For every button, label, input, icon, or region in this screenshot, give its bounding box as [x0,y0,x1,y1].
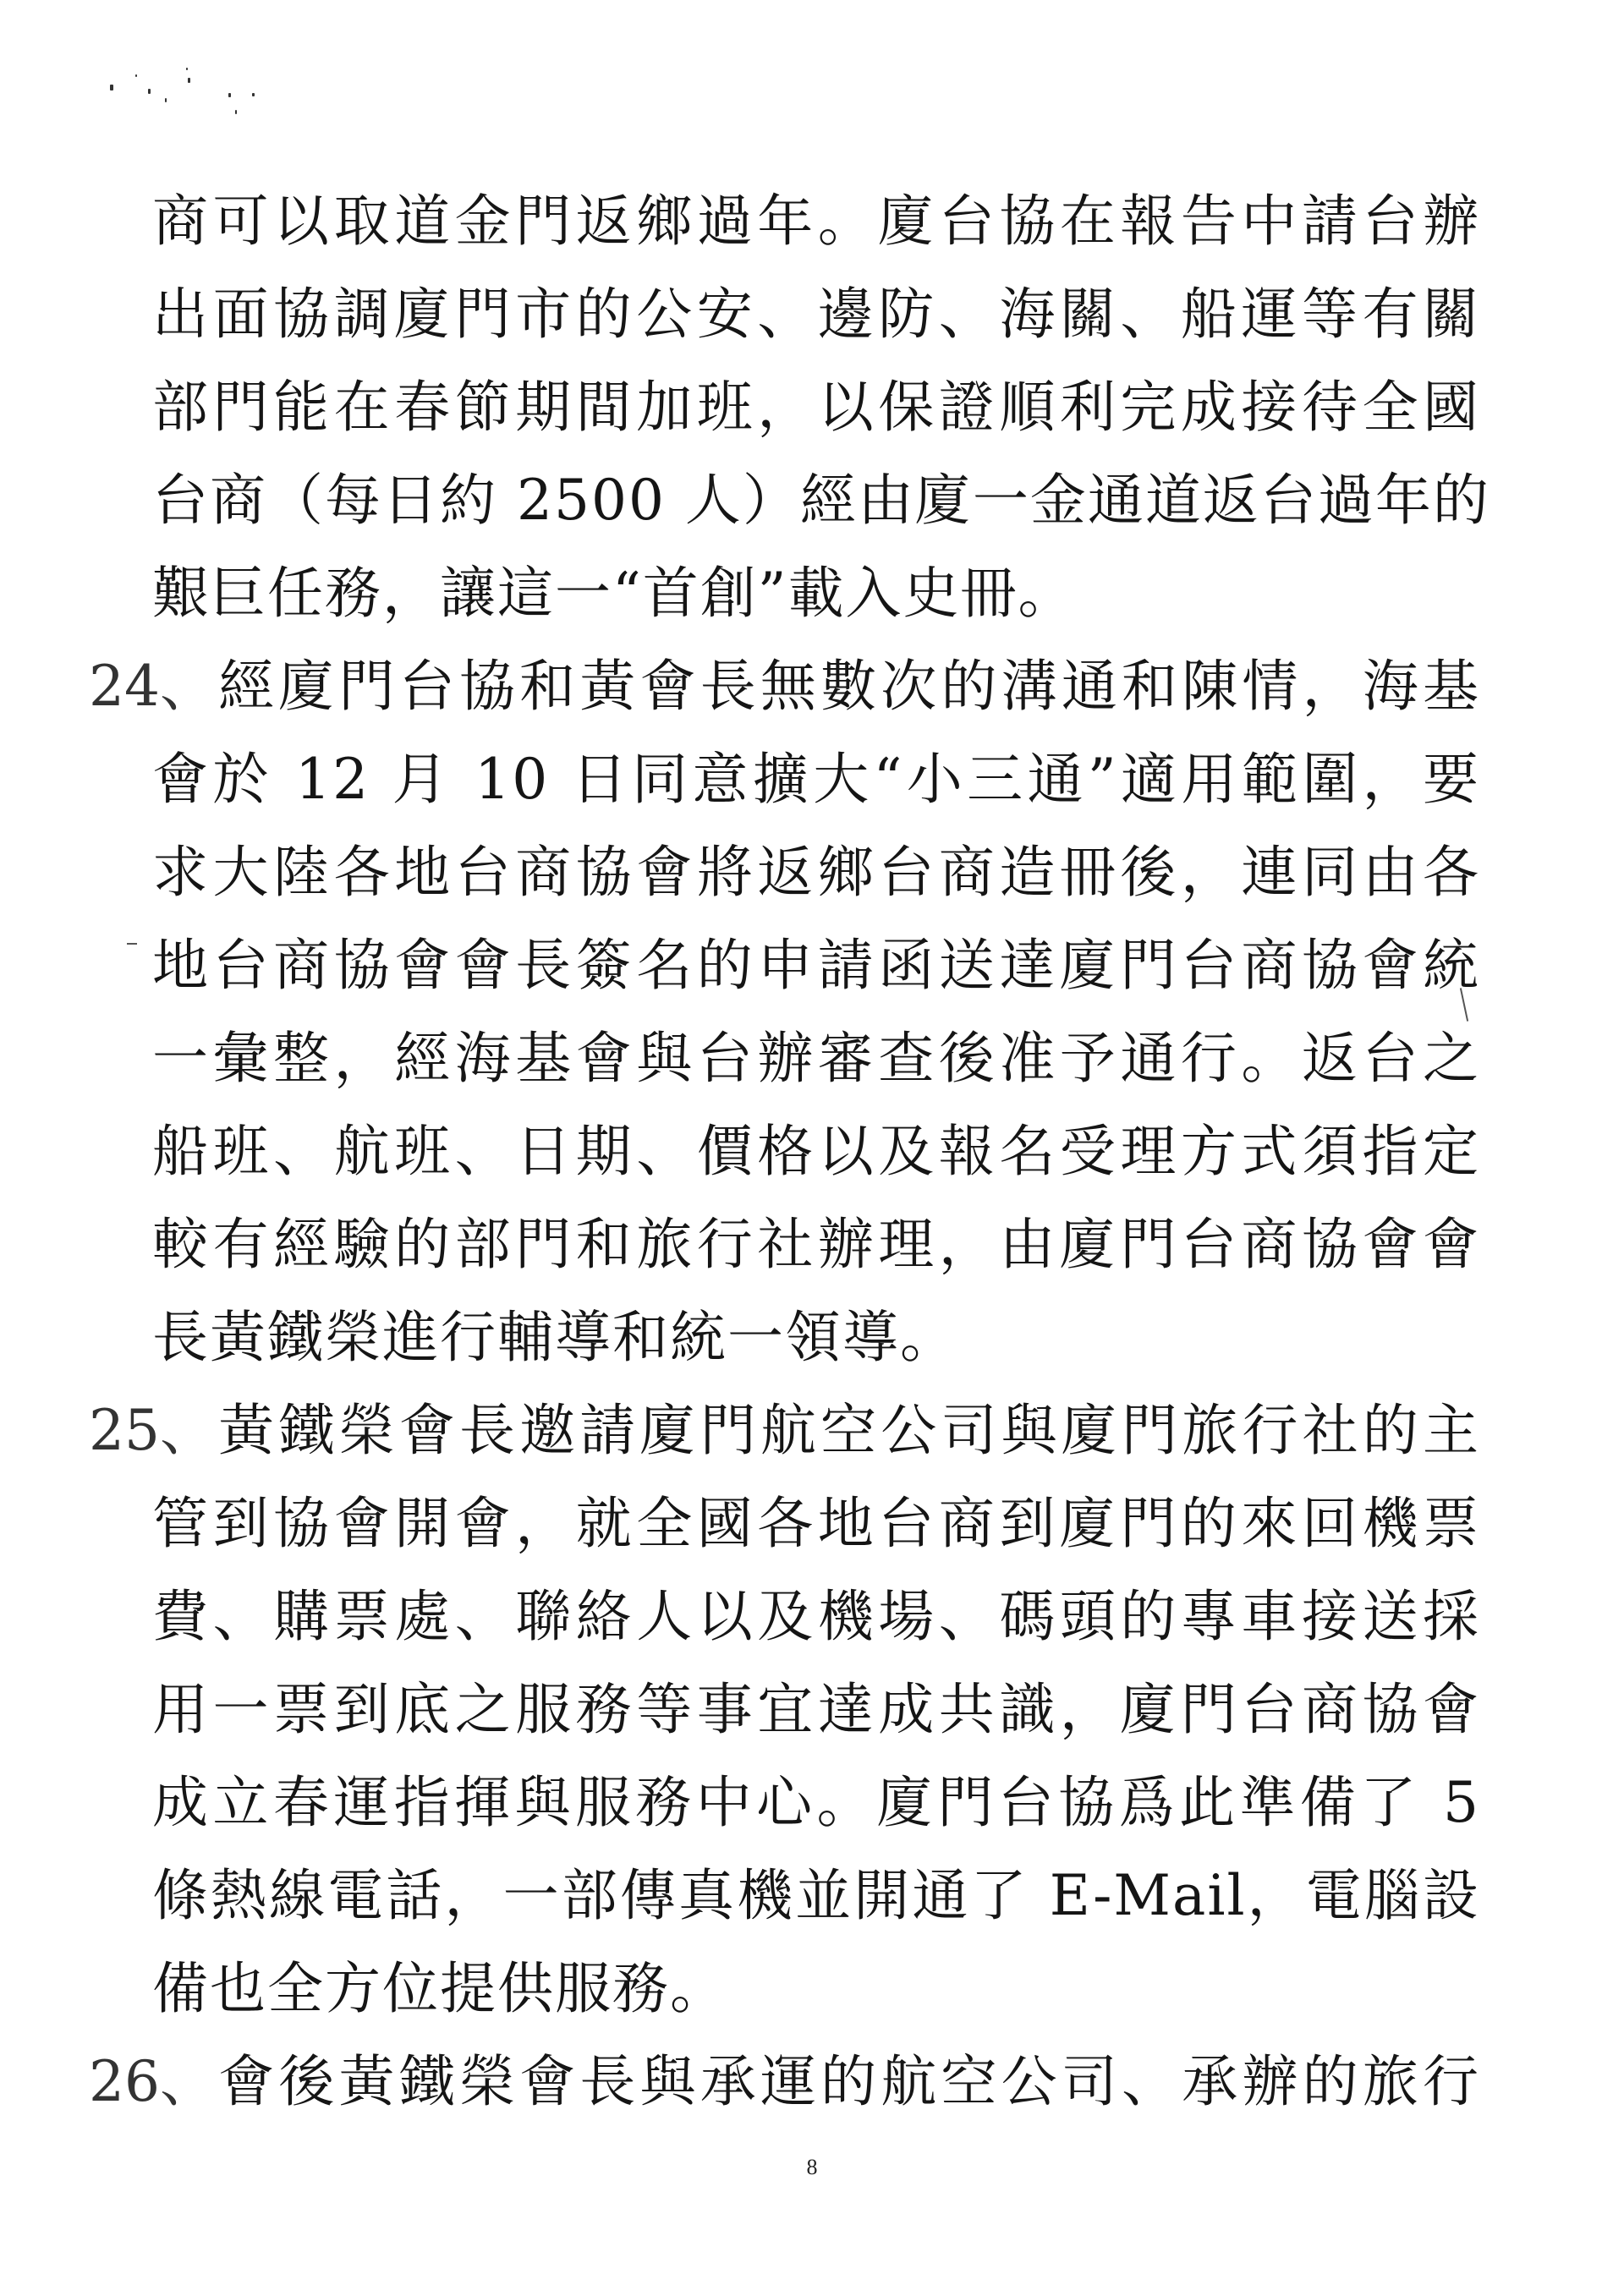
line-text: 台商（每日約 2500 人）經由廈一金通道返台過年的 [152,468,1490,533]
line-text: 管到協會開會，就全國各地台商到廈門的來回機票 [152,1491,1480,1556]
line-text: 一彙整，經海基會與台辦審查後准予通行。返台之 [152,1026,1480,1091]
line-text: 條熱線電話，一部傳真機並開通了 E-Mail，電腦設 [152,1863,1480,1928]
text-line: 一彙整，經海基會與台辦審查後准予通行。返台之 [152,1025,1480,1093]
line-text: 費、購票處、聯絡人以及機場、碼頭的專車接送採 [152,1584,1480,1649]
line-text: 艱巨任務，讓這一“首創”載入史冊。 [152,561,1075,626]
text-line: 費、購票處、聯絡人以及機場、碼頭的專車接送採 [152,1583,1480,1651]
line-text: 求大陸各地台商協會將返鄉台商造冊後，連同由各 [152,840,1480,905]
line-text: 用一票到底之服務等事宜達成共識，廈門台商協會 [152,1677,1480,1742]
text-line: 船班、航班、日期、價格以及報名受理方式須指定 [152,1118,1480,1186]
line-text: 較有經驗的部門和旅行社辦理，由廈門台商協會會 [152,1212,1480,1277]
line-text: 商可以取道金門返鄉過年。廈台協在報告中請台辦 [152,189,1480,254]
scan-artifact-mark [127,943,137,945]
numbered-item-line: 26、會後黃鐵榮會長與承運的航空公司、承辦的旅行 [89,2048,1480,2116]
text-line: 地台商協會會長簽名的申請函送達廈門台商協會統 [152,932,1480,1000]
text-line: 用一票到底之服務等事宜達成共識，廈門台商協會 [152,1676,1480,1744]
text-line: 較有經驗的部門和旅行社辦理，由廈門台商協會會 [152,1211,1480,1279]
line-text: 黃鐵榮會長邀請廈門航空公司與廈門旅行社的主 [216,1398,1480,1463]
numbered-item-line: 25、黃鐵榮會長邀請廈門航空公司與廈門旅行社的主 [89,1397,1480,1465]
line-text: 會後黃鐵榮會長與承運的航空公司、承辦的旅行 [216,2049,1480,2114]
item-number: 25、 [89,1397,216,1465]
item-number: 24、 [89,653,216,721]
item-number: 26、 [89,2048,216,2116]
scanned-document-page: 商可以取道金門返鄉過年。廈台協在報告中請台辦出面協調廈門市的公安、邊防、海關、船… [0,0,1624,2296]
text-line: 求大陸各地台商協會將返鄉台商造冊後，連同由各 [152,839,1480,907]
line-text: 備也全方位提供服務。 [152,1956,727,2021]
numbered-item-line: 24、經廈門台協和黃會長無數次的溝通和陳情，海基 [89,653,1480,721]
line-text: 部門能在春節期間加班，以保證順利完成接待全國 [152,375,1480,440]
text-line: 出面協調廈門市的公安、邊防、海關、船運等有關 [152,281,1480,348]
line-text: 經廈門台協和黃會長無數次的溝通和陳情，海基 [216,654,1480,719]
line-text: 成立春運指揮與服務中心。廈門台協爲此準備了 5 [152,1770,1480,1835]
text-line: 會於 12 月 10 日同意擴大“小三通”適用範圍，要 [152,746,1480,814]
text-line: 成立春運指揮與服務中心。廈門台協爲此準備了 5 [152,1769,1480,1837]
text-line: 管到協會開會，就全國各地台商到廈門的來回機票 [152,1490,1480,1558]
text-line: 條熱線電話，一部傳真機並開通了 E-Mail，電腦設 [152,1862,1480,1930]
text-line: 台商（每日約 2500 人）經由廈一金通道返台過年的 [152,467,1480,534]
text-line: 長黃鐵榮進行輔導和統一領導。 [152,1304,1480,1372]
line-text: 出面協調廈門市的公安、邊防、海關、船運等有關 [152,282,1480,347]
text-line: 備也全方位提供服務。 [152,1955,1480,2023]
line-text: 會於 12 月 10 日同意擴大“小三通”適用範圍，要 [152,747,1480,812]
line-text: 地台商協會會長簽名的申請函送達廈門台商協會統 [152,933,1480,998]
text-line: 商可以取道金門返鄉過年。廈台協在報告中請台辦 [152,188,1480,255]
scan-artifact-specks [101,68,271,118]
page-number: 8 [0,2155,1624,2180]
text-line: 艱巨任務，讓這一“首創”載入史冊。 [152,560,1480,627]
text-line: 部門能在春節期間加班，以保證順利完成接待全國 [152,374,1480,441]
line-text: 船班、航班、日期、價格以及報名受理方式須指定 [152,1119,1480,1184]
line-text: 長黃鐵榮進行輔導和統一領導。 [152,1305,957,1370]
